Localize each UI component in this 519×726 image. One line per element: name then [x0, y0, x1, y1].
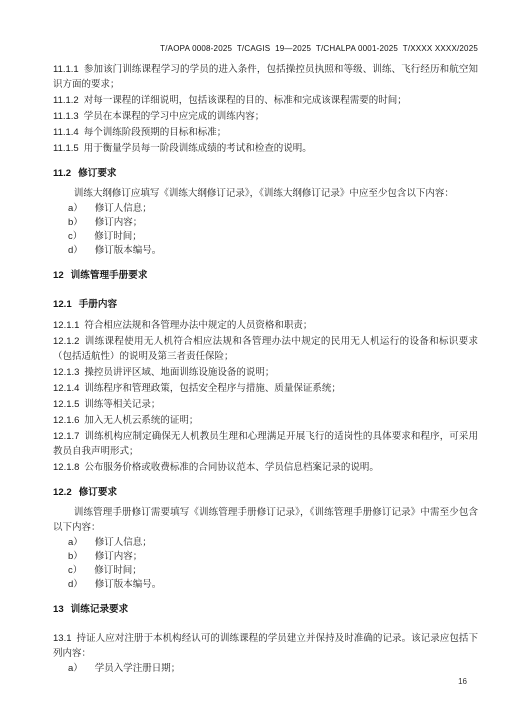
clause-text: 操控员讲评区域、地面训练设施设备的说明； [84, 368, 274, 378]
list-item-text: 修订人信息； [95, 204, 152, 214]
section-heading-12: 12训练管理手册要求 [53, 268, 478, 283]
list-item-label: a） [68, 663, 83, 674]
clause-text: 用于衡量学员每一阶段训练成绩的考试和检查的说明。 [84, 144, 312, 154]
list-item-label: a） [68, 203, 83, 214]
clause-text: 加入无人机云系统的证明； [84, 416, 198, 426]
heading-number: 12 [53, 270, 64, 281]
clause-number: 11.1.5 [53, 143, 79, 154]
list-item: b）修订内容； [53, 550, 478, 564]
clause-number: 12.1.8 [53, 462, 79, 473]
heading-number: 12.2 [53, 487, 72, 498]
clause-number: 12.1.5 [53, 399, 79, 410]
heading-number: 11.2 [53, 168, 71, 179]
clause-paragraph: 11.1.1参加该门训练课程学习的学员的进入条件，包括操控员执照和等级、训练、飞… [53, 62, 478, 93]
intro-paragraph: 训练大纲修订应填写《训练大纲修订记录》，《训练大纲修订记录》中应至少包含以下内容… [53, 187, 478, 202]
list-item-label: d） [68, 579, 83, 590]
clause-text: 持证人应对注册于本机构经认可的训练课程的学员建立并保持及时准确的记录。该记录应包… [53, 634, 478, 659]
clause-text: 训练机构应制定确保无人机教员生理和心理满足开展飞行的适岗性的具体要求和程序，可采… [53, 432, 478, 457]
list-item: a）修订人信息； [53, 536, 478, 550]
clause-paragraph: 12.1.7训练机构应制定确保无人机教员生理和心理满足开展飞行的适岗性的具体要求… [53, 429, 478, 460]
page-number: 16 [458, 677, 467, 686]
clause-paragraph: 11.1.2对每一课程的详细说明，包括该课程的目的、标准和完成该课程需要的时间； [53, 93, 478, 109]
document-body: 11.1.1参加该门训练课程学习的学员的进入条件，包括操控员执照和等级、训练、飞… [53, 62, 478, 676]
clause-paragraph: 12.1.6加入无人机云系统的证明； [53, 413, 478, 429]
list-item: b）修订内容； [53, 216, 478, 230]
clause-text: 训练等相关记录； [84, 400, 160, 410]
section-heading-12-1: 12.1手册内容 [53, 297, 478, 312]
clause-number: 12.1.3 [53, 367, 79, 378]
list-item: a）修订人信息； [53, 202, 478, 216]
clause-number: 12.1.7 [53, 431, 79, 442]
clause-number: 12.1.2 [53, 336, 79, 347]
list-item-label: c） [68, 565, 82, 576]
heading-title: 手册内容 [79, 299, 117, 310]
clause-paragraph: 12.1.1符合相应法规和各管理办法中规定的人员资格和职责； [53, 318, 478, 334]
list-item: c）修订时间； [53, 230, 478, 244]
section-heading-13: 13训练记录要求 [53, 602, 478, 617]
clause-paragraph: 12.1.4训练程序和管理政策，包括安全程序与措施、质量保证系统； [53, 381, 478, 397]
list-item-label: b） [68, 551, 83, 562]
list-item: c）修订时间； [53, 564, 478, 578]
clause-paragraph: 11.1.5用于衡量学员每一阶段训练成绩的考试和检查的说明。 [53, 141, 478, 157]
clause-text: 训练程序和管理政策，包括安全程序与措施、质量保证系统； [84, 384, 341, 394]
clause-text: 每个训练阶段预期的目标和标准； [84, 128, 227, 138]
clause-paragraph: 11.1.4每个训练阶段预期的目标和标准； [53, 125, 478, 141]
list-item-label: b） [68, 217, 83, 228]
clause-paragraph: 12.1.8公布服务价格或收费标准的合同协议范本、学员信息档案记录的说明。 [53, 460, 478, 476]
clause-text: 训练课程使用无人机符合相应法规和各管理办法中规定的民用无人机运行的设备和标识要求… [53, 337, 478, 362]
clause-paragraph: 12.1.3操控员讲评区域、地面训练设施设备的说明； [53, 365, 478, 381]
heading-number: 12.1 [53, 299, 72, 310]
clause-text: 参加该门训练课程学习的学员的进入条件，包括操控员执照和等级、训练、飞行经历和航空… [53, 65, 478, 90]
clause-number: 11.1.1 [53, 64, 79, 75]
clause-text: 符合相应法规和各管理办法中规定的人员资格和职责； [84, 321, 312, 331]
intro-paragraph: 训练管理手册修订需要填写《训练管理手册修订记录》，《训练管理手册修订记录》中需至… [53, 506, 478, 536]
list-item-label: d） [68, 245, 83, 256]
clause-number: 12.1.1 [53, 320, 79, 331]
list-item-text: 修订版本编号。 [95, 246, 162, 256]
document-page: T/AOPA 0008-2025 T/CAGIS 19—2025 T/CHALP… [0, 0, 519, 726]
list-item: a）学员入学注册日期； [53, 662, 478, 676]
clause-number: 11.1.2 [53, 95, 79, 106]
heading-title: 训练管理手册要求 [71, 270, 148, 281]
list-item-text: 修订时间； [94, 232, 142, 242]
clause-paragraph: 12.1.5训练等相关记录； [53, 397, 478, 413]
clause-text: 公布服务价格或收费标准的合同协议范本、学员信息档案记录的说明。 [84, 463, 379, 473]
list-item-text: 学员入学注册日期； [95, 664, 181, 674]
clause-number: 12.1.4 [53, 383, 79, 394]
list-item-label: a） [68, 537, 83, 548]
list-item-text: 修订内容； [95, 552, 143, 562]
list-item: d）修订版本编号。 [53, 578, 478, 592]
clause-text: 学员在本课程的学习中应完成的训练内容； [84, 112, 265, 122]
clause-number: 11.1.3 [53, 111, 79, 122]
section-heading-12-2: 12.2修订要求 [53, 485, 478, 500]
section-heading-11-2: 11.2修订要求 [53, 166, 478, 181]
list-item-text: 修订时间； [94, 566, 142, 576]
clause-text: 对每一课程的详细说明，包括该课程的目的、标准和完成该课程需要的时间； [84, 96, 407, 106]
clause-number: 11.1.4 [53, 127, 79, 138]
list-item-label: c） [68, 231, 82, 242]
standards-header: T/AOPA 0008-2025 T/CAGIS 19—2025 T/CHALP… [53, 44, 478, 54]
clause-paragraph: 11.1.3学员在本课程的学习中应完成的训练内容； [53, 109, 478, 125]
heading-title: 修订要求 [79, 487, 117, 498]
heading-title: 训练记录要求 [71, 604, 129, 615]
list-item-text: 修订内容； [95, 218, 143, 228]
clause-paragraph: 13.1持证人应对注册于本机构经认可的训练课程的学员建立并保持及时准确的记录。该… [53, 631, 478, 662]
list-item-text: 修订人信息； [95, 538, 152, 548]
clause-paragraph: 12.1.2训练课程使用无人机符合相应法规和各管理办法中规定的民用无人机运行的设… [53, 334, 478, 365]
clause-number: 12.1.6 [53, 415, 79, 426]
list-item: d）修订版本编号。 [53, 244, 478, 258]
heading-title: 修订要求 [78, 168, 116, 179]
heading-number: 13 [53, 604, 64, 615]
list-item-text: 修订版本编号。 [95, 580, 162, 590]
clause-number: 13.1 [53, 633, 72, 644]
